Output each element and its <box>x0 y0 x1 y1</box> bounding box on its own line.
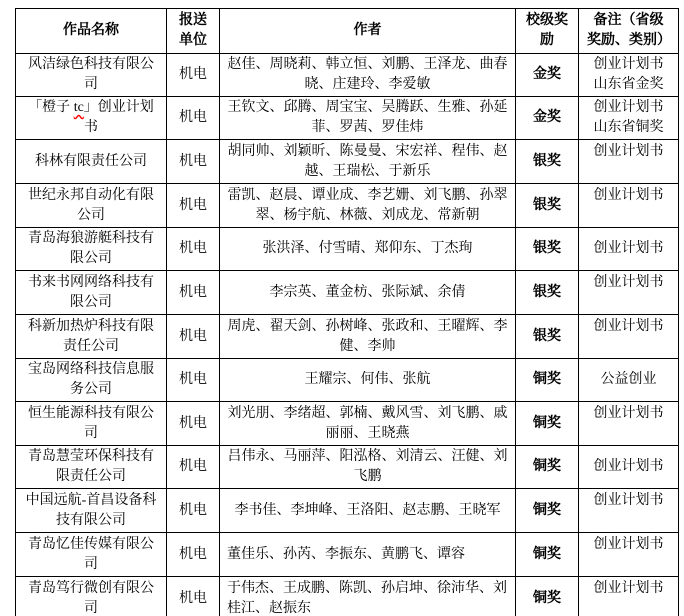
authors-cell: 吕伟永、马丽萍、阳泓格、刘清云、汪健、刘飞鹏 <box>220 446 516 489</box>
work-name-cell: 「橙子 tc」创业计划书 <box>16 97 167 140</box>
notes-cell: 创业计划书 山东省金奖 <box>579 54 679 97</box>
school-award-cell: 银奖 <box>516 140 579 184</box>
submitting-unit-cell: 机电 <box>167 184 220 228</box>
column-header-notes: 备注（省级奖励、类别） <box>579 9 679 54</box>
table-row: 风洁绿色科技有限公司机电赵佳、周晓莉、韩立恒、刘鹏、王泽龙、曲春晓、庄建玲、李爱… <box>16 54 679 97</box>
school-award-cell: 铜奖 <box>516 577 579 616</box>
school-award-cell: 银奖 <box>516 184 579 228</box>
submitting-unit-cell: 机电 <box>167 402 220 446</box>
authors-cell: 王钦文、邱腾、周宝宝、吴腾跃、生雅、孙延菲、罗茜、罗佳炜 <box>220 97 516 140</box>
work-name-cell: 科林有限责任公司 <box>16 140 167 184</box>
table-row: 世纪永邦自动化有限公司机电雷凯、赵晨、谭业成、李艺姗、刘飞鹏、孙翠翠、杨宇航、林… <box>16 184 679 228</box>
authors-cell: 胡同帅、刘颖昕、陈曼曼、宋宏祥、程伟、赵越、王瑞松、于新乐 <box>220 140 516 184</box>
column-header-school-award: 校级奖励 <box>516 9 579 54</box>
column-header-submitting-unit: 报送单位 <box>167 9 220 54</box>
table-row: 青岛忆佳传媒有限公司机电董佳乐、孙芮、李振东、黄鹏飞、谭容铜奖创业计划书 <box>16 533 679 577</box>
table-row: 中国远航-首昌设备科技有限公司机电李书佳、李坤峰、王洛阳、赵志鹏、王晓军铜奖创业… <box>16 489 679 533</box>
notes-cell: 创业计划书 <box>579 577 679 616</box>
school-award-cell: 金奖 <box>516 97 579 140</box>
work-name-cell: 世纪永邦自动化有限公司 <box>16 184 167 228</box>
column-header-work-name: 作品名称 <box>16 9 167 54</box>
column-header-authors: 作者 <box>220 9 516 54</box>
school-award-cell: 铜奖 <box>516 489 579 533</box>
submitting-unit-cell: 机电 <box>167 140 220 184</box>
misspelled-text: tc <box>74 100 84 115</box>
table-header: 作品名称 报送单位 作者 校级奖励 备注（省级奖励、类别） <box>16 9 679 54</box>
table-row: 青岛海狼游艇科技有限公司机电张洪泽、付雪晴、郑仰东、丁杰珣银奖创业计划书 <box>16 228 679 271</box>
work-name-cell: 风洁绿色科技有限公司 <box>16 54 167 97</box>
table-row: 「橙子 tc」创业计划书机电王钦文、邱腾、周宝宝、吴腾跃、生雅、孙延菲、罗茜、罗… <box>16 97 679 140</box>
submitting-unit-cell: 机电 <box>167 533 220 577</box>
submitting-unit-cell: 机电 <box>167 54 220 97</box>
notes-cell: 创业计划书 <box>579 184 679 228</box>
table-row: 科林有限责任公司机电胡同帅、刘颖昕、陈曼曼、宋宏祥、程伟、赵越、王瑞松、于新乐银… <box>16 140 679 184</box>
school-award-cell: 铜奖 <box>516 359 579 402</box>
notes-cell: 创业计划书 <box>579 271 679 315</box>
notes-cell: 创业计划书 <box>579 402 679 446</box>
submitting-unit-cell: 机电 <box>167 228 220 271</box>
authors-cell: 于伟杰、王成鹏、陈凯、孙启坤、徐沛华、刘桂江、赵振东 <box>220 577 516 616</box>
school-award-cell: 银奖 <box>516 315 579 359</box>
header-row: 作品名称 报送单位 作者 校级奖励 备注（省级奖励、类别） <box>16 9 679 54</box>
school-award-cell: 银奖 <box>516 271 579 315</box>
work-name-cell: 青岛慧莹环保科技有限责任公司 <box>16 446 167 489</box>
table-row: 青岛慧莹环保科技有限责任公司机电吕伟永、马丽萍、阳泓格、刘清云、汪健、刘飞鹏铜奖… <box>16 446 679 489</box>
work-name-cell: 书来书网网络科技有限公司 <box>16 271 167 315</box>
awards-table: 作品名称 报送单位 作者 校级奖励 备注（省级奖励、类别） 风洁绿色科技有限公司… <box>15 8 679 616</box>
authors-cell: 董佳乐、孙芮、李振东、黄鹏飞、谭容 <box>220 533 516 577</box>
work-name-cell: 中国远航-首昌设备科技有限公司 <box>16 489 167 533</box>
submitting-unit-cell: 机电 <box>167 577 220 616</box>
submitting-unit-cell: 机电 <box>167 359 220 402</box>
work-name-cell: 宝岛网络科技信息服务公司 <box>16 359 167 402</box>
notes-cell: 创业计划书 山东省铜奖 <box>579 97 679 140</box>
notes-cell: 创业计划书 <box>579 228 679 271</box>
submitting-unit-cell: 机电 <box>167 271 220 315</box>
submitting-unit-cell: 机电 <box>167 446 220 489</box>
work-name-cell: 青岛海狼游艇科技有限公司 <box>16 228 167 271</box>
work-name-cell: 青岛笃行微创有限公司 <box>16 577 167 616</box>
authors-cell: 赵佳、周晓莉、韩立恒、刘鹏、王泽龙、曲春晓、庄建玲、李爱敏 <box>220 54 516 97</box>
table-row: 科新加热炉科技有限责任公司机电周虎、翟天剑、孙树峰、张政和、王曜辉、李健、李帅银… <box>16 315 679 359</box>
authors-cell: 王耀宗、何伟、张航 <box>220 359 516 402</box>
authors-cell: 周虎、翟天剑、孙树峰、张政和、王曜辉、李健、李帅 <box>220 315 516 359</box>
notes-cell: 创业计划书 <box>579 489 679 533</box>
school-award-cell: 银奖 <box>516 228 579 271</box>
work-name-cell: 恒生能源科技有限公司 <box>16 402 167 446</box>
work-name-cell: 青岛忆佳传媒有限公司 <box>16 533 167 577</box>
notes-cell: 创业计划书 <box>579 533 679 577</box>
submitting-unit-cell: 机电 <box>167 97 220 140</box>
authors-cell: 李宗英、董金枋、张际斌、余倩 <box>220 271 516 315</box>
notes-cell: 创业计划书 <box>579 446 679 489</box>
table-row: 恒生能源科技有限公司机电刘光朋、李绪超、郭楠、戴风雪、刘飞鹏、戚丽丽、王晓燕铜奖… <box>16 402 679 446</box>
authors-cell: 李书佳、李坤峰、王洛阳、赵志鹏、王晓军 <box>220 489 516 533</box>
authors-cell: 张洪泽、付雪晴、郑仰东、丁杰珣 <box>220 228 516 271</box>
table-row: 书来书网网络科技有限公司机电李宗英、董金枋、张际斌、余倩银奖创业计划书 <box>16 271 679 315</box>
notes-cell: 创业计划书 <box>579 140 679 184</box>
submitting-unit-cell: 机电 <box>167 315 220 359</box>
authors-cell: 刘光朋、李绪超、郭楠、戴风雪、刘飞鹏、戚丽丽、王晓燕 <box>220 402 516 446</box>
school-award-cell: 铜奖 <box>516 533 579 577</box>
authors-cell: 雷凯、赵晨、谭业成、李艺姗、刘飞鹏、孙翠翠、杨宇航、林薇、刘成龙、常新朝 <box>220 184 516 228</box>
table-body: 风洁绿色科技有限公司机电赵佳、周晓莉、韩立恒、刘鹏、王泽龙、曲春晓、庄建玲、李爱… <box>16 54 679 616</box>
work-name-cell: 科新加热炉科技有限责任公司 <box>16 315 167 359</box>
table-row: 宝岛网络科技信息服务公司机电王耀宗、何伟、张航铜奖公益创业 <box>16 359 679 402</box>
notes-cell: 创业计划书 <box>579 315 679 359</box>
notes-cell: 公益创业 <box>579 359 679 402</box>
school-award-cell: 铜奖 <box>516 446 579 489</box>
school-award-cell: 金奖 <box>516 54 579 97</box>
school-award-cell: 铜奖 <box>516 402 579 446</box>
submitting-unit-cell: 机电 <box>167 489 220 533</box>
table-row: 青岛笃行微创有限公司机电于伟杰、王成鹏、陈凯、孙启坤、徐沛华、刘桂江、赵振东铜奖… <box>16 577 679 616</box>
